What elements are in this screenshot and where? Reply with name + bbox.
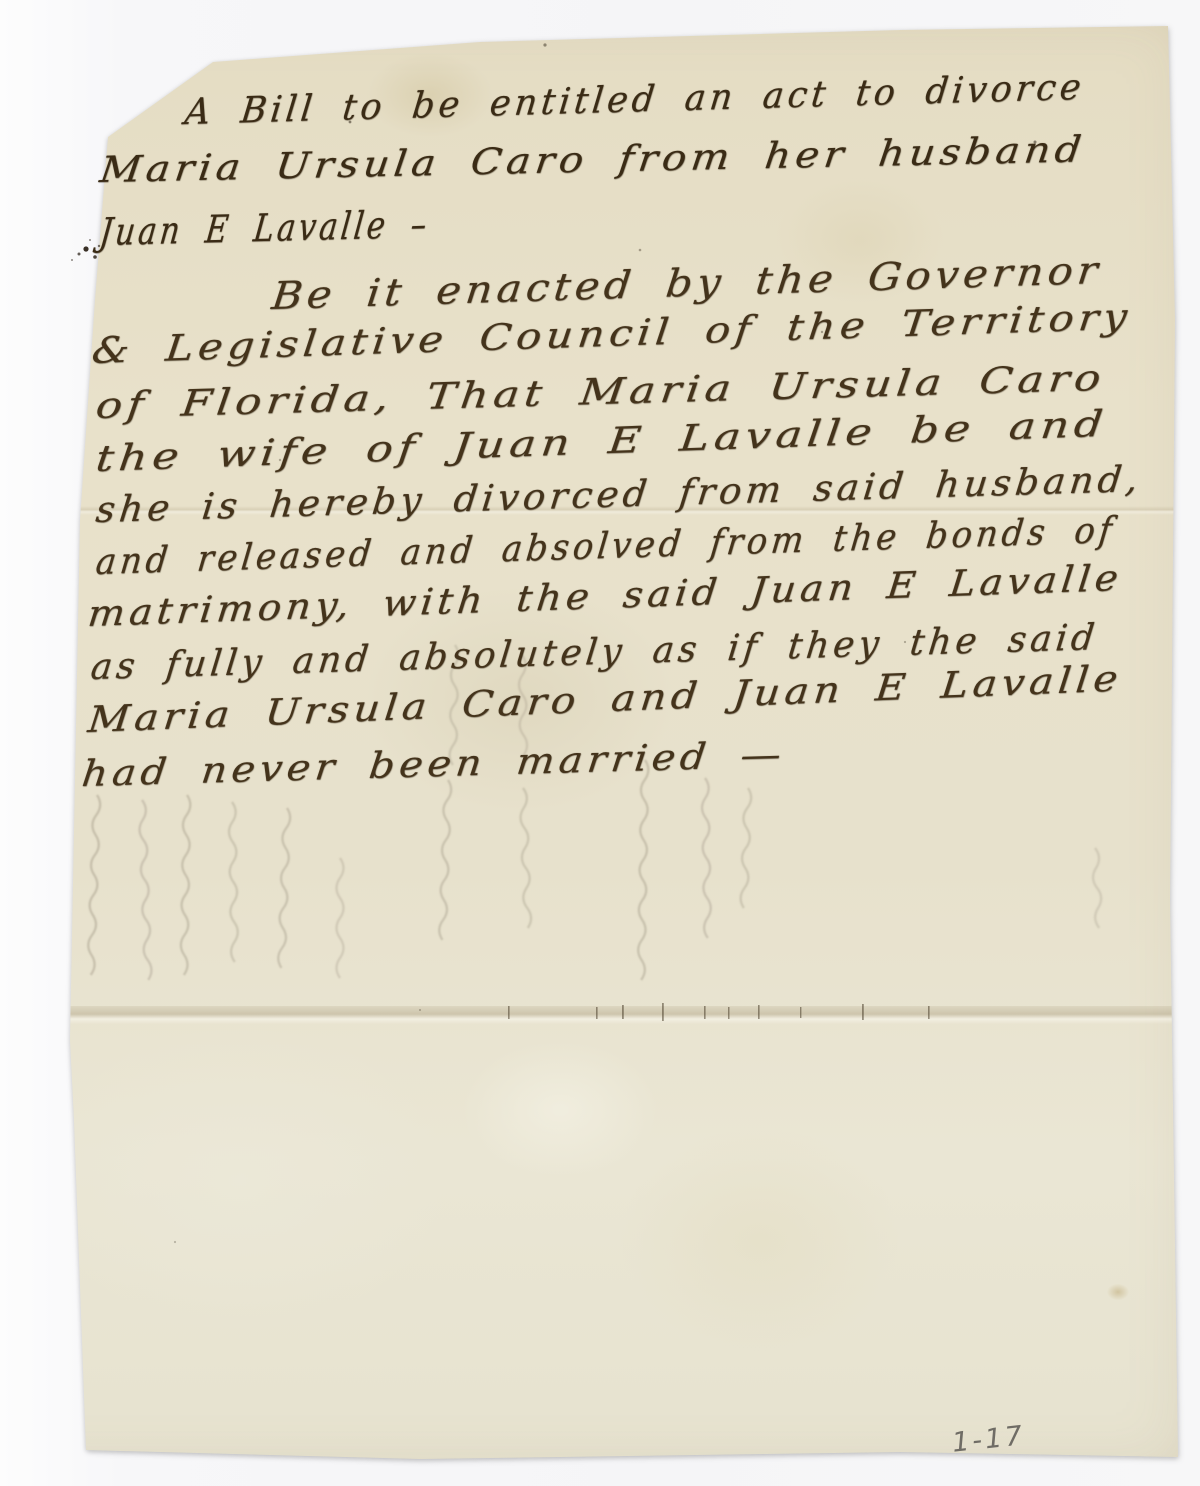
- manuscript-title-line: Juan E Lavalle –: [97, 202, 432, 254]
- fold-crease-lower: [70, 1006, 1178, 1024]
- scanned-document: A Bill to be entitled an act to divorce …: [0, 0, 1200, 1486]
